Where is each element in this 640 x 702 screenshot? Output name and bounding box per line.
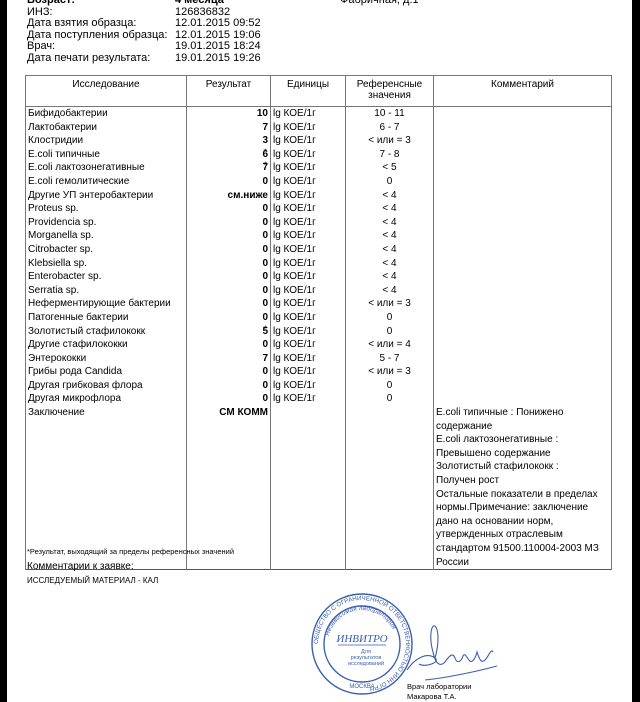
request-comments-value: ИССЛЕДУЕМЫЙ МАТЕРИАЛ - КАЛ (27, 576, 158, 585)
test-units: lg КОЕ/1г (271, 148, 346, 162)
test-name: Неферментирующие бактерии (26, 297, 187, 311)
test-result: 0 (187, 216, 271, 230)
header-reference-line2: значения (368, 90, 411, 101)
test-name: Providencia sp. (26, 216, 187, 230)
test-units: lg КОЕ/1г (271, 338, 346, 352)
test-reference: 0 (346, 392, 434, 406)
test-result: 0 (187, 297, 271, 311)
comment-line: России (436, 556, 609, 570)
test-name: Serratia sp. (26, 284, 187, 298)
comment-line: Золотистый стафилококк : (436, 460, 609, 474)
test-result: 0 (187, 243, 271, 257)
info-label: Дата взятия образца: (27, 18, 175, 30)
test-units: lg КОЕ/1г (271, 121, 346, 135)
out-of-range-flag: * (263, 159, 267, 173)
header-reference: Референсные значения (346, 76, 434, 107)
test-name: Enterobacter sp. (26, 270, 187, 284)
results-table: Исследование Результат Единицы Референсн… (25, 75, 612, 570)
test-result: 0 (187, 257, 271, 271)
test-reference: 10 - 11 (346, 107, 434, 121)
header-comment: Комментарий (434, 76, 612, 107)
conclusion-result: СМ КОММ (187, 406, 271, 570)
test-name: Morganella sp. (26, 229, 187, 243)
info-label: Врач: (27, 41, 175, 53)
test-reference: 0 (346, 175, 434, 189)
test-result: 0 (187, 379, 271, 393)
test-result: 0 (187, 202, 271, 216)
test-name: Клостридии (26, 134, 187, 148)
test-name: Лактобактерии (26, 121, 187, 135)
test-name: Klebsiella sp. (26, 257, 187, 271)
result-value: 0 (262, 217, 268, 228)
conclusion-label: Заключение (26, 406, 187, 570)
test-units: lg КОЕ/1г (271, 202, 346, 216)
result-value: 0 (262, 339, 268, 350)
result-value: 0 (262, 285, 268, 296)
request-comments-title: Комментарии к заявке: (27, 561, 134, 572)
test-name: Грибы рода Candida (26, 365, 187, 379)
test-reference: < 4 (346, 257, 434, 271)
test-result: 0 (187, 311, 271, 325)
test-reference: < или = 3 (346, 365, 434, 379)
footnote: *Результат, выходящий за пределы референ… (27, 547, 234, 556)
comment-line: Превышено содержание (436, 447, 609, 461)
test-reference: < 4 (346, 216, 434, 230)
test-result: 0 (187, 175, 271, 189)
test-units: lg КОЕ/1г (271, 134, 346, 148)
test-name: Золотистый стафилококк (26, 325, 187, 339)
test-units: lg КОЕ/1г (271, 189, 346, 203)
test-name: Патогенные бактерии (26, 311, 187, 325)
test-result: 5* (187, 325, 271, 339)
test-name: E.coli типичные (26, 148, 187, 162)
test-reference: 5 - 7 (346, 352, 434, 366)
comment-line: утвержденных отраслевым (436, 528, 609, 542)
result-value: 0 (262, 244, 268, 255)
test-result: 7* (187, 161, 271, 175)
test-reference: < 4 (346, 202, 434, 216)
test-reference: 6 - 7 (346, 121, 434, 135)
test-reference: < 4 (346, 189, 434, 203)
doctor-title: Врач лаборатории (407, 682, 471, 692)
test-name: Другая грибковая флора (26, 379, 187, 393)
test-units: lg КОЕ/1г (271, 297, 346, 311)
result-value: 0 (262, 271, 268, 282)
test-units: lg КОЕ/1г (271, 270, 346, 284)
test-reference: 7 - 8 (346, 148, 434, 162)
stamp-center-3: исследований (348, 660, 384, 667)
result-value: 3 (262, 135, 268, 146)
table-header-row: Исследование Результат Единицы Референсн… (26, 76, 612, 107)
result-value: 0 (262, 230, 268, 241)
test-units: lg КОЕ/1г (271, 216, 346, 230)
conclusion-result-value: СМ КОММ (219, 407, 268, 418)
test-reference: < 4 (346, 270, 434, 284)
test-reference: < или = 4 (346, 338, 434, 352)
test-units: lg КОЕ/1г (271, 325, 346, 339)
result-value: 7 (262, 353, 268, 364)
result-value: 0 (262, 380, 268, 391)
test-name: Proteus sp. (26, 202, 187, 216)
test-units: lg КОЕ/1г (271, 284, 346, 298)
test-result: 0 (187, 284, 271, 298)
test-units: lg КОЕ/1г (271, 379, 346, 393)
test-result: 0 (187, 338, 271, 352)
test-name: E.coli гемолитические (26, 175, 187, 189)
out-of-range-flag: * (263, 146, 267, 160)
out-of-range-flag: * (263, 323, 267, 337)
test-reference: < 4 (346, 229, 434, 243)
test-units: lg КОЕ/1г (271, 175, 346, 189)
comment-line: стандартом 91500.110004-2003 МЗ (436, 542, 609, 556)
test-units: lg КОЕ/1г (271, 352, 346, 366)
conclusion-row: ЗаключениеСМ КОММE.coli типичные : Пониж… (26, 406, 612, 570)
result-value: 0 (262, 366, 268, 377)
result-value: 0 (262, 176, 268, 187)
test-result: 0 (187, 229, 271, 243)
info-row: Врач:19.01.2015 18:24 (27, 41, 425, 53)
test-name: Другие стафилококки (26, 338, 187, 352)
test-reference: 0 (346, 325, 434, 339)
comment-line: нормы.Примечание: заключение (436, 501, 609, 515)
stamp-brand: ИНВИТРО (335, 633, 387, 645)
conclusion-comment: E.coli типичные : ПониженосодержаниеE.co… (434, 406, 612, 570)
doctor-name: Макарова Т.А. (407, 692, 471, 702)
header-test: Исследование (26, 76, 187, 107)
info-value: 19.01.2015 18:24 (175, 41, 425, 53)
test-name: Citrobacter sp. (26, 243, 187, 257)
test-units: lg КОЕ/1г (271, 392, 346, 406)
test-units: lg КОЕ/1г (271, 107, 346, 121)
result-value: см.ниже (228, 190, 268, 201)
stamp-city: МОСКВА (349, 684, 374, 690)
test-units: lg КОЕ/1г (271, 229, 346, 243)
info-row: Дата взятия образца:12.01.2015 09:52 (27, 18, 425, 30)
test-result: 7 (187, 352, 271, 366)
address: Фабричная, д.1 (340, 0, 419, 7)
result-value: 0 (262, 298, 268, 309)
header-result: Результат (187, 76, 271, 107)
test-reference: < 5 (346, 161, 434, 175)
test-units: lg КОЕ/1г (271, 365, 346, 379)
conclusion-units (271, 406, 346, 570)
test-name: Бифидобактерии (26, 107, 187, 121)
test-result: 3 (187, 134, 271, 148)
test-name: Другая микрофлора (26, 392, 187, 406)
comment-line: Получен рост (436, 474, 609, 488)
test-result: 0 (187, 270, 271, 284)
test-reference: 0 (346, 311, 434, 325)
comment-line: дано на основании норм, (436, 515, 609, 529)
table-row: Бифидобактерии10lg КОЕ/1г10 - 11 (26, 107, 612, 121)
info-value: 19.01.2015 19:26 (175, 53, 425, 65)
patient-info: Возраст:4 месяцаИНЗ:126836832Дата взятия… (27, 0, 425, 64)
signature-icon (405, 622, 500, 682)
comment-line: E.coli типичные : Понижено (436, 406, 609, 420)
result-value: 7 (262, 122, 268, 133)
info-row: Дата печати результата:19.01.2015 19:26 (27, 53, 425, 65)
test-name: Другие УП энтеробактерии (26, 189, 187, 203)
test-units: lg КОЕ/1г (271, 161, 346, 175)
doctor-signature-block: Врач лаборатории Макарова Т.А. (407, 682, 471, 701)
comment-line: содержание (436, 420, 609, 434)
test-result: 0 (187, 365, 271, 379)
scan-edge-left (0, 0, 7, 702)
info-value: 12.01.2015 09:52 (175, 18, 425, 30)
test-name: Энтерококки (26, 352, 187, 366)
test-result: см.ниже (187, 189, 271, 203)
test-reference: < 4 (346, 243, 434, 257)
comment-cell-empty (434, 107, 612, 407)
test-reference: < или = 3 (346, 297, 434, 311)
comment-line: Остальные показатели в пределах (436, 488, 609, 502)
conclusion-reference (346, 406, 434, 570)
test-result: 7 (187, 121, 271, 135)
header-units: Единицы (271, 76, 346, 107)
result-value: 0 (262, 312, 268, 323)
header-reference-line1: Референсные (357, 79, 423, 90)
test-reference: 0 (346, 379, 434, 393)
scan-edge-right (632, 0, 640, 702)
result-value: 0 (262, 258, 268, 269)
result-value: 0 (262, 203, 268, 214)
test-name: E.coli лактозонегативные (26, 161, 187, 175)
test-units: lg КОЕ/1г (271, 243, 346, 257)
test-reference: < 4 (346, 284, 434, 298)
lab-stamp-icon: ОБЩЕСТВО С ОГРАНИЧЕННОЙ ОТВЕТСТВЕННОСТЬЮ… (310, 592, 414, 696)
test-units: lg КОЕ/1г (271, 311, 346, 325)
test-result: 0 (187, 392, 271, 406)
result-value: 10 (257, 108, 268, 119)
result-value: 0 (262, 393, 268, 404)
info-label: Дата печати результата: (27, 53, 175, 65)
comment-line: E.coli лактозонегативные : (436, 433, 609, 447)
test-units: lg КОЕ/1г (271, 257, 346, 271)
test-reference: < или = 3 (346, 134, 434, 148)
test-result: 6* (187, 148, 271, 162)
test-result: 10 (187, 107, 271, 121)
